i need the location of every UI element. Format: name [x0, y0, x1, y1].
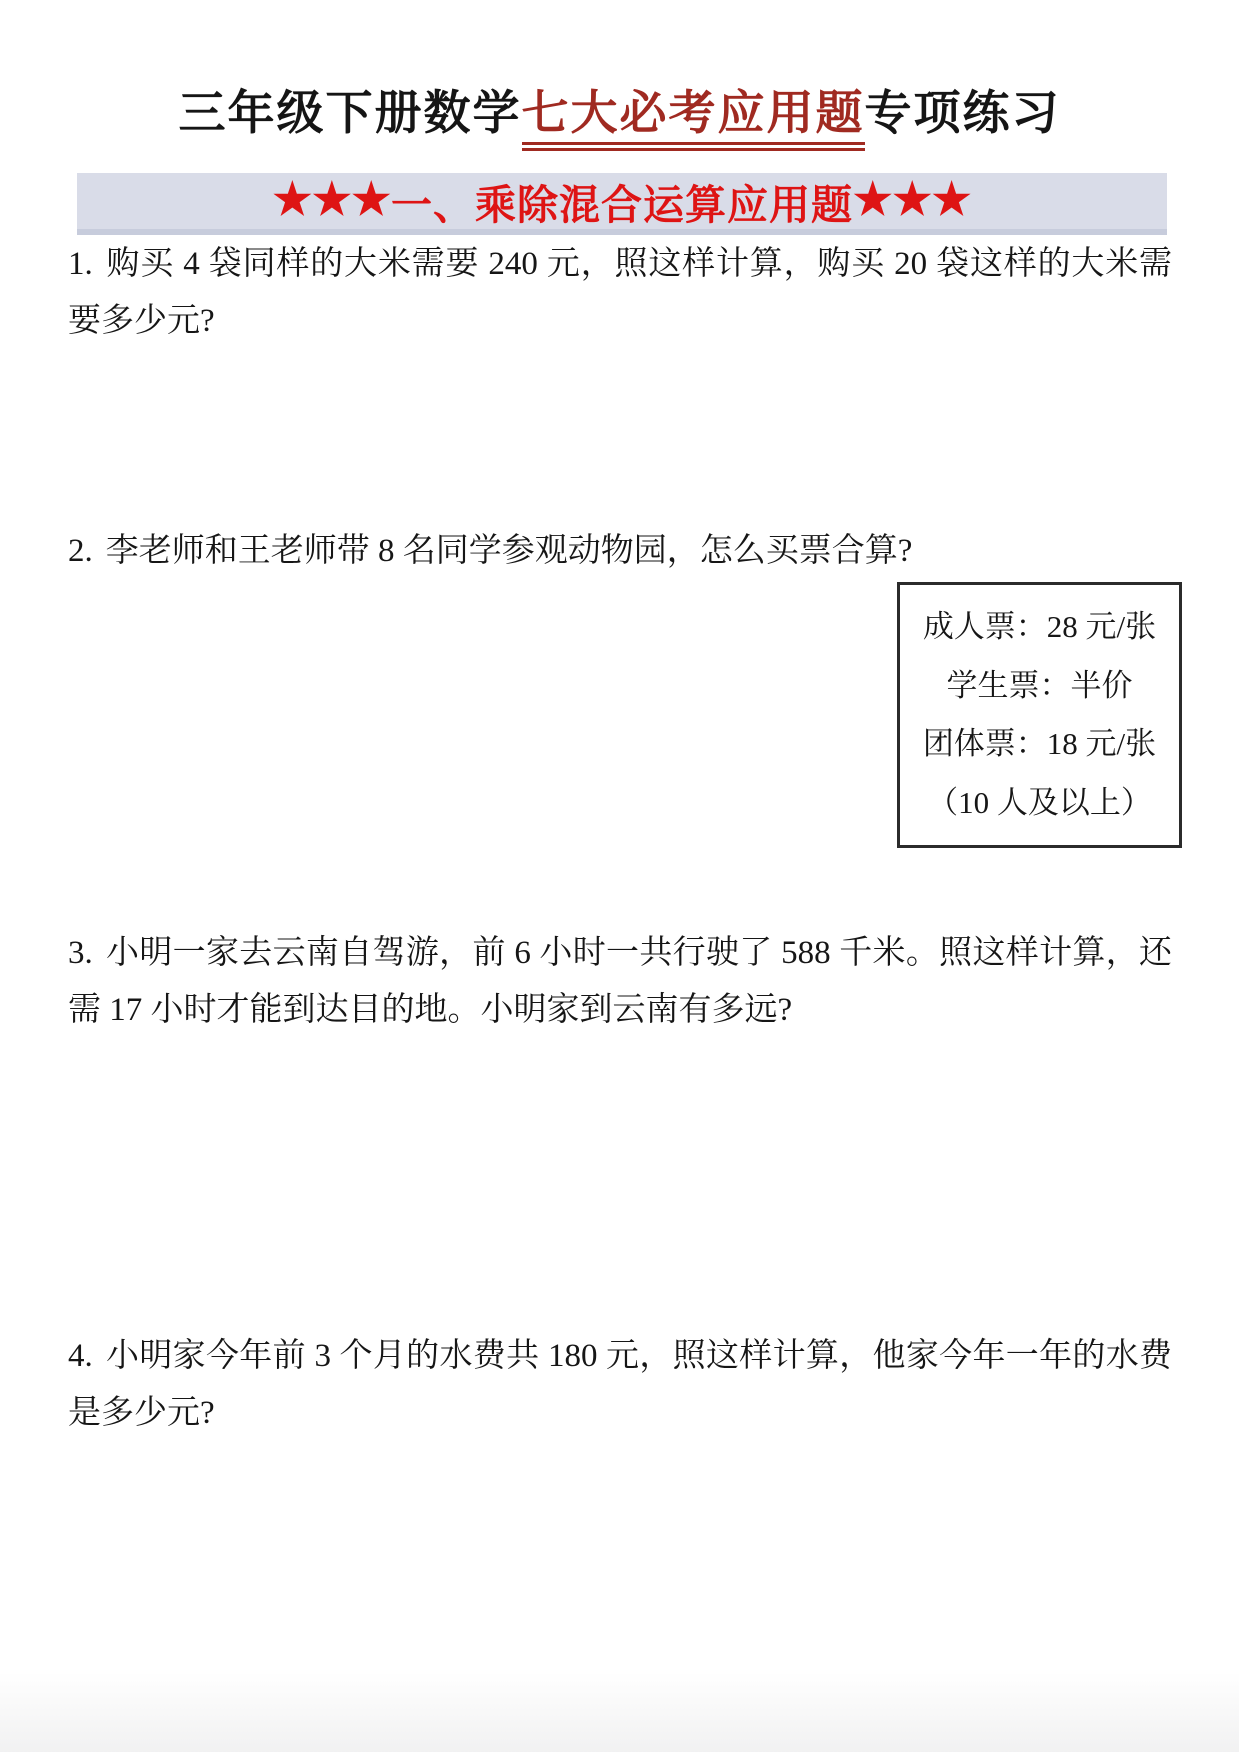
price-line-adult: 成人票：28 元/张: [923, 610, 1156, 644]
page-title: 三年级下册数学七大必考应用题专项练习: [0, 76, 1239, 143]
star-icons-left: ★★★: [273, 178, 391, 222]
section-banner-label: 一、乘除混合运算应用题: [391, 172, 853, 231]
price-line-group: 团体票：18 元/张: [923, 727, 1156, 761]
problem-4-number: 4.: [68, 1338, 93, 1374]
problem-1: 1.购买 4 袋同样的大米需要 240 元，照这样计算，购买 20 袋这样的大米…: [68, 236, 1172, 350]
worksheet-page: 三年级下册数学七大必考应用题专项练习 ★★★一、乘除混合运算应用题★★★ 1.购…: [0, 0, 1239, 1752]
page-title-highlight: 七大必考应用题: [522, 88, 865, 151]
problem-1-number: 1.: [68, 246, 93, 282]
problem-1-text: 购买 4 袋同样的大米需要 240 元，照这样计算，购买 20 袋这样的大米需要…: [68, 246, 1172, 339]
page-title-prefix: 三年级下册数学: [179, 88, 522, 140]
problem-2-number: 2.: [68, 533, 93, 569]
problem-2: 2.李老师和王老师带 8 名同学参观动物园，怎么买票合算?: [68, 523, 1178, 580]
problem-3-text: 小明一家去云南自驾游，前 6 小时一共行驶了 588 千米。照这样计算，还需 1…: [68, 935, 1172, 1028]
page-title-suffix: 专项练习: [865, 88, 1061, 140]
ticket-price-box: 成人票：28 元/张 学生票：半价 团体票：18 元/张 （10 人及以上）: [897, 582, 1182, 848]
star-icons-right: ★★★: [853, 178, 971, 222]
price-line-note: （10 人及以上）: [927, 786, 1152, 820]
problem-4: 4.小明家今年前 3 个月的水费共 180 元，照这样计算，他家今年一年的水费是…: [68, 1328, 1172, 1442]
problem-3-number: 3.: [68, 935, 93, 971]
price-line-student: 学生票：半价: [947, 669, 1133, 703]
problem-3: 3.小明一家去云南自驾游，前 6 小时一共行驶了 588 千米。照这样计算，还需…: [68, 925, 1172, 1039]
problem-4-text: 小明家今年前 3 个月的水费共 180 元，照这样计算，他家今年一年的水费是多少…: [68, 1338, 1172, 1431]
section-banner: ★★★一、乘除混合运算应用题★★★: [77, 173, 1167, 235]
problem-2-text: 李老师和王老师带 8 名同学参观动物园，怎么买票合算?: [106, 533, 913, 569]
